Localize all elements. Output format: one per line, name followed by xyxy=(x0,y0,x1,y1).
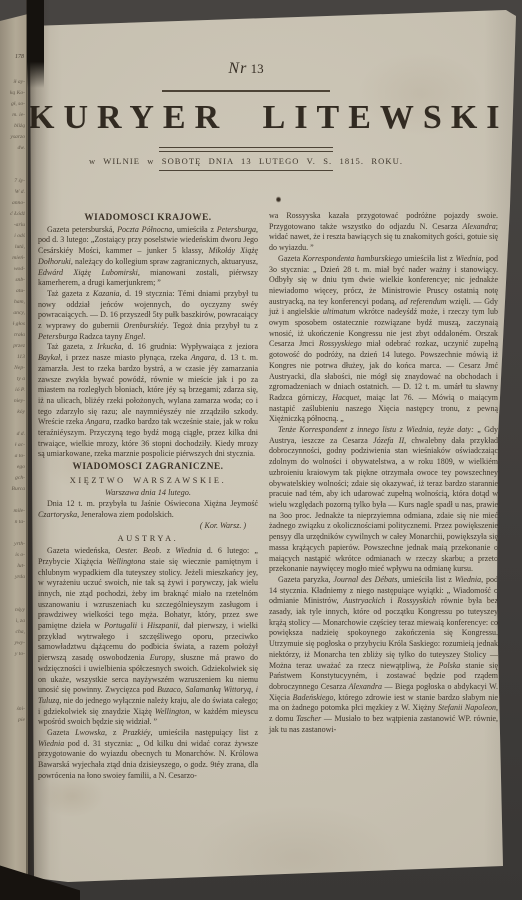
italic-text-run: Alexandra xyxy=(349,682,382,691)
italic-text-run: Kazania xyxy=(93,289,120,298)
text-run: . xyxy=(143,332,145,341)
margin-fragment: Nep- xyxy=(0,363,28,374)
italic-text-run: Alexandra xyxy=(462,222,495,231)
margin-fragment: ywy- xyxy=(0,638,28,649)
margin-fragment: d d. xyxy=(0,429,28,440)
margin-fragment: ysarzo xyxy=(0,132,28,143)
margin-fragment: niey- xyxy=(0,396,28,407)
margin-fragment: y to- xyxy=(0,649,28,660)
byline: ( Kor. Warsz. ) xyxy=(38,521,258,532)
article-columns: WIADOMOSCI KRAJOWE.Gazeta petersburská, … xyxy=(38,211,498,782)
italic-text-run: Czartoryska xyxy=(38,510,77,519)
body-paragraph: Tenże Korrespondent z innego listu z Wie… xyxy=(269,425,498,575)
margin-fragment: atu- xyxy=(0,286,28,297)
margin-fragment xyxy=(0,660,28,671)
italic-text-run: Angara xyxy=(85,417,109,426)
margin-fragment: mile- xyxy=(0,506,28,517)
italic-text-run: Hiszpanii xyxy=(147,621,178,630)
text-run: Gazeta wiedeńska, xyxy=(47,546,115,555)
italic-text-run: ultimatum xyxy=(323,307,355,316)
italic-text-run: Poczta Północna xyxy=(117,225,172,234)
margin-fragment: a to- xyxy=(0,451,28,462)
margin-fragment: Burca xyxy=(0,484,28,495)
italic-text-run: Wellingtona xyxy=(107,557,145,566)
text-run: Dnia 12 t. m. przybyła tu Jaśnie Oświeco… xyxy=(47,499,258,508)
text-run: , i przez nasze miasto płynąca, rzeka xyxy=(60,353,191,362)
margin-fragment: ł ac- xyxy=(0,440,28,451)
adjacent-page-edge: 178 ił ay-ką Ko-gł, so-m. ie-bliżąysarzo… xyxy=(0,14,28,888)
margin-fragment: -ariu xyxy=(0,220,28,231)
italic-text-run: Rossyyskiego xyxy=(319,339,362,348)
text-run: z xyxy=(161,546,175,555)
italic-text-run: Stefanii Napoleon xyxy=(438,703,496,712)
margin-fragment xyxy=(0,671,28,682)
margin-fragment: ką Ko- xyxy=(0,88,28,99)
text-run: i xyxy=(385,596,397,605)
masthead-double-rule xyxy=(159,147,333,152)
text-run: , umieściła list z xyxy=(397,575,455,584)
margin-fragment: ego xyxy=(0,462,28,473)
text-run: XIĘZTWO WARSZAWSKIE. xyxy=(70,476,227,485)
text-run: równie była bez zasady, iak tyle innych,… xyxy=(269,596,498,669)
italic-text-run: Tenże Korrespondent z innego listu z Wie… xyxy=(278,425,474,434)
text-run: WIADOMOSCI ZAGRANICZNE. xyxy=(73,462,224,472)
margin-fragment xyxy=(0,495,28,506)
text-run: Warszawa dnia 14 lutego. xyxy=(105,488,191,497)
italic-text-run: Wellington xyxy=(155,707,189,716)
text-run: Taż gazeta z xyxy=(47,289,93,298)
text-run: , d. 16 grudnia: Wypływaiąca z jeziora xyxy=(121,342,258,351)
text-run: Gazeta xyxy=(278,254,303,263)
text-run: i xyxy=(137,621,147,630)
italic-text-run: Irkucka xyxy=(97,342,121,351)
margin-fragment: snb- xyxy=(0,275,28,286)
left-column: WIADOMOSCI KRAJOWE.Gazeta petersburská, … xyxy=(38,211,258,782)
margin-fragment: anno- xyxy=(0,198,28,209)
text-run: , umieściła następuiący list z xyxy=(150,728,258,737)
margin-fragment xyxy=(0,594,28,605)
body-paragraph: Gazeta wiedeńska, Oester. Beob. z Wiedni… xyxy=(38,546,258,728)
margin-fragment: przez xyxy=(0,341,28,352)
issue-number-prefix: Nr xyxy=(228,60,247,77)
margin-fragment: ć Łódż xyxy=(0,209,28,220)
margin-fragment: pie xyxy=(0,715,28,726)
margin-fragment: trała xyxy=(0,330,28,341)
margin-fragment: yrda xyxy=(0,572,28,583)
text-run: AUSTRYA. xyxy=(118,534,179,543)
italic-text-run: Prazkiéy xyxy=(122,728,150,737)
italic-text-run: Józefa II xyxy=(373,436,404,445)
text-run: staie się wiecznie pamiętnym i chlubnym … xyxy=(38,557,258,630)
margin-fragment: bliżą xyxy=(0,121,28,132)
italic-text-run: Europy xyxy=(150,653,173,662)
issue-number-value: 13 xyxy=(251,61,264,76)
margin-fragment: gch- xyxy=(0,473,28,484)
body-paragraph: Dnia 12 t. m. przybyła tu Jaśnie Oświeco… xyxy=(38,499,258,520)
body-paragraph: Taż gazeta, z Irkucka, d. 16 grudnia: Wy… xyxy=(38,342,258,460)
text-run: WIADOMOSCI KRAJOWE. xyxy=(84,213,211,223)
margin-fragment: ham, xyxy=(0,297,28,308)
text-run: pod d. 31 stycznia: „ Od kilku dni widać… xyxy=(38,739,258,780)
italic-text-run: Wiednia xyxy=(38,739,64,748)
margin-fragment: 7 śy- xyxy=(0,176,28,187)
italic-text-run: Badeńskiego xyxy=(293,693,334,702)
masthead: Nr 13 KURYER LITEWSKI w WILNIE w SOBOTĘ … xyxy=(28,60,464,171)
italic-text-run: Wiednia xyxy=(455,575,481,584)
margin-fragment: kóy xyxy=(0,407,28,418)
italic-text-run: Austryackich xyxy=(344,596,386,605)
italic-text-run: Baykał xyxy=(38,353,60,362)
margin-fragment: i, za xyxy=(0,616,28,627)
text-run: Gazeta petersburská, xyxy=(47,225,117,234)
italic-text-run: Lwowska xyxy=(75,728,105,737)
right-column: wa Rossyyska kazała przygotować podróżne… xyxy=(269,211,498,782)
text-run: , z xyxy=(105,728,122,737)
margin-fragment xyxy=(0,165,28,176)
body-paragraph: Gazeta Lwowska, z Prazkiéy, umieściła na… xyxy=(38,728,258,782)
margin-fragment: wod- xyxy=(0,264,28,275)
margin-fragment: dw. xyxy=(0,143,28,154)
italic-text-run: Rossyyskich xyxy=(397,596,436,605)
margin-fragment: ił ay- xyxy=(0,77,28,88)
margin-fragment xyxy=(0,418,28,429)
subsection-heading: AUSTRYA. xyxy=(38,534,258,545)
body-paragraph: Gazeta paryzka, Journal des Débats, umie… xyxy=(269,575,498,736)
margin-fragment: is o- xyxy=(0,550,28,561)
italic-text-run: Tascher xyxy=(296,714,321,723)
margin-fragment: ancy, xyxy=(0,308,28,319)
text-run: umieściła list z xyxy=(402,254,455,263)
margin-fragment: lutá, xyxy=(0,242,28,253)
margin-fragment xyxy=(0,583,28,594)
text-run: , d. 13 t. m. zamarzła. Jest to rzeka ba… xyxy=(38,353,258,426)
margin-fragment: mień- xyxy=(0,253,28,264)
margin-fragment xyxy=(0,66,28,77)
text-run: , należący do kollegium spraw zagraniczn… xyxy=(71,257,258,266)
margin-fragment: nśyy xyxy=(0,605,28,616)
text-run: , chwalebny dała przykład dobroczynności… xyxy=(269,436,498,573)
italic-text-run: Polska xyxy=(439,661,461,670)
newspaper-title: KURYER LITEWSKI xyxy=(28,97,464,139)
spine-shadow-top xyxy=(27,0,44,88)
margin-fragment: cha, xyxy=(0,627,28,638)
body-paragraph-continued: wa Rossyyska kazała przygotować podróżne… xyxy=(269,211,498,254)
issue-number: Nr 13 xyxy=(28,60,464,78)
body-paragraph: Gazeta Korrespondenta hamburskiego umieś… xyxy=(269,254,498,425)
margin-fragment: ł głos xyxy=(0,319,28,330)
margin-fragment: lut- xyxy=(0,561,28,572)
subsection-heading: XIĘZTWO WARSZAWSKIE. xyxy=(38,476,258,487)
italic-text-run: Korrespondenta hamburskiego xyxy=(303,254,402,263)
italic-text-run: Wiednia xyxy=(455,254,481,263)
italic-text-run: Wiednia xyxy=(175,546,201,555)
margin-fragment: ty a xyxy=(0,374,28,385)
adjacent-page-text-fragments: ił ay-ką Ko-gł, so-m. ie-bliżąysarzodw.7… xyxy=(0,66,28,726)
margin-page-number: 178 xyxy=(0,14,28,66)
dateline: Warszawa dnia 14 lutego. xyxy=(38,488,258,499)
italic-text-run: Petersburga xyxy=(38,332,77,341)
italic-text-run: Hacquet xyxy=(332,393,359,402)
section-heading: WIADOMOSCI KRAJOWE. xyxy=(38,213,258,224)
italic-text-run: Orenburskiéy xyxy=(124,321,167,330)
body-paragraph: Taż gazeta z Kazania, d. 19 stycznia: Té… xyxy=(38,289,258,343)
margin-fragment xyxy=(0,693,28,704)
italic-text-run: Angara xyxy=(191,353,215,362)
text-run: ( Kor. Warsz. ) xyxy=(200,521,246,530)
margin-fragment: śni- xyxy=(0,704,28,715)
margin-fragment: yrth- xyxy=(0,539,28,550)
margin-fragment: gł, so- xyxy=(0,99,28,110)
italic-text-run: Oester. Beob. xyxy=(115,546,161,555)
masthead-rule-bottom xyxy=(159,170,333,172)
margin-fragment: ió P. xyxy=(0,385,28,396)
text-run: . Tegoż dnia przybył tu z xyxy=(167,321,258,330)
italic-text-run: Portugalii xyxy=(104,621,137,630)
italic-text-run: Engel xyxy=(125,332,144,341)
text-run: , Jenerałowa ziem podolskich. xyxy=(77,510,174,519)
publication-dateline: w WILNIE w SOBOTĘ DNIA 13 LUTEGO V. S. 1… xyxy=(28,156,464,166)
margin-fragment: W d. xyxy=(0,187,28,198)
margin-fragment xyxy=(0,528,28,539)
section-heading: WIADOMOSCI ZAGRANICZNE. xyxy=(38,462,258,473)
margin-fragment: m. ie- xyxy=(0,110,28,121)
margin-fragment xyxy=(0,682,28,693)
italic-text-run: ad referendum xyxy=(399,297,446,306)
text-run: Radzca tayny xyxy=(77,332,124,341)
masthead-rule-top xyxy=(162,90,330,92)
text-run: Taż gazeta, z xyxy=(47,342,97,351)
text-run: , umieściła z xyxy=(172,225,216,234)
italic-text-run: Edwárd Xiążę Lubomirski xyxy=(38,268,138,277)
margin-fragment: n ta- xyxy=(0,517,28,528)
text-run: Gazeta xyxy=(47,728,75,737)
italic-text-run: Journal des Débats xyxy=(333,575,397,584)
ink-mark xyxy=(276,196,281,203)
margin-fragment: 113 xyxy=(0,352,28,363)
margin-fragment xyxy=(0,154,28,165)
body-paragraph: Gazeta petersburská, Poczta Północna, um… xyxy=(38,225,258,289)
italic-text-run: Petersburga xyxy=(217,225,256,234)
margin-fragment: i odś xyxy=(0,231,28,242)
newspaper-page: Nr 13 KURYER LITEWSKI w WILNIE w SOBOTĘ … xyxy=(28,6,518,884)
text-run: Gazeta paryzka, xyxy=(278,575,333,584)
